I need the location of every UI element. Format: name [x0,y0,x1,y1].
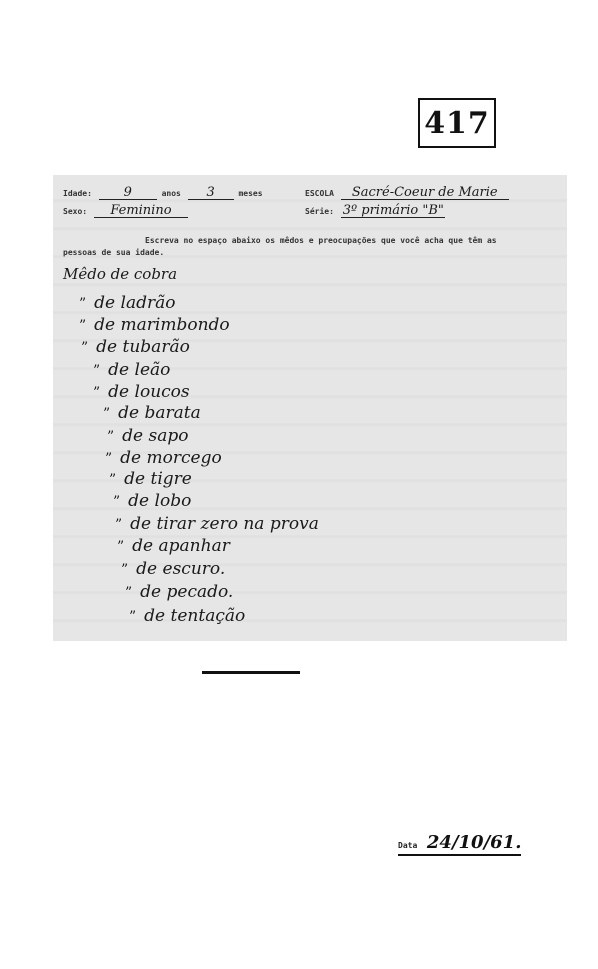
ditto-mark: ” [79,296,86,312]
answer-item: ”de morcego [105,448,222,468]
school-value: Sacré-Coeur de Marie [341,186,509,200]
ditto-mark: ” [109,472,116,488]
answer-text: de tigre [124,469,192,489]
scanned-questionnaire: Idade: 9 anos 3 meses Sexo: Feminino ESC… [53,175,567,641]
ditto-mark: ” [105,451,112,467]
answer-item: ”de tubarão [81,337,190,357]
ditto-mark: ” [81,340,88,356]
months-label: meses [238,189,262,198]
answer-item: ”de barata [103,403,201,423]
ditto-mark: ” [121,562,128,578]
ditto-mark: ” [79,318,86,334]
ditto-mark: ” [117,539,124,555]
answer-item: ”de pecado. [125,582,233,602]
age-years-value: 9 [99,186,157,200]
grade-field-row: Série: 3º primário "B" [305,204,445,218]
answer-text: de leão [108,360,170,380]
page-number: 417 [424,106,490,141]
date-stamp: Data 24/10/61. [398,832,521,856]
ditto-mark: ” [103,406,110,422]
ditto-mark: ” [107,429,114,445]
answer-text: de loucos [108,382,189,402]
answer-text: de ladrão [94,293,175,313]
school-field-row: ESCOLA Sacré-Coeur de Marie [305,186,509,200]
answer-item: ”de marimbondo [79,315,230,335]
answer-item: ”de lobo [113,491,191,511]
answer-text: de barata [118,403,201,423]
grade-label: Série: [305,207,334,216]
answer-item: ”de sapo [107,426,189,446]
date-value: 24/10/61. [427,832,522,853]
question-prompt: Escreva no espaço abaixo os mêdos e preo… [63,235,533,259]
ditto-mark: ” [129,609,136,625]
ditto-mark: ” [115,517,122,533]
sex-label: Sexo: [63,207,87,216]
answer-item: ”de loucos [93,382,190,402]
answer-text: de apanhar [132,536,230,556]
answer-text: de tentação [144,606,245,626]
answer-text: de tirar zero na prova [130,514,319,534]
sex-field-row: Sexo: Feminino [63,204,188,218]
answer-item: ”de ladrão [79,293,175,313]
answer-text: de lobo [128,491,191,511]
answer-item: ”de leão [93,360,170,380]
grade-value: 3º primário "B" [341,204,445,218]
school-label: ESCOLA [305,189,334,198]
answer-text: de escuro. [136,559,225,579]
age-months-value: 3 [188,186,234,200]
years-label: anos [162,189,181,198]
date-label: Data [398,841,417,850]
answer-text: de marimbondo [94,315,229,335]
answer-text: de morcego [120,448,222,468]
ditto-mark: ” [113,494,120,510]
ditto-mark: ” [93,385,100,401]
signature-line [202,671,300,674]
answer-text: de pecado. [140,582,233,602]
ditto-mark: ” [125,585,132,601]
answer-heading: Mêdo de cobra [63,265,177,283]
answer-item: ”de tentação [129,606,245,626]
answer-text: de tubarão [96,337,190,357]
page-number-box: 417 [418,98,496,148]
ditto-mark: ” [93,363,100,379]
answer-item: ”de tirar zero na prova [115,514,319,534]
age-label: Idade: [63,189,92,198]
answer-item: ”de apanhar [117,536,230,556]
age-field-row: Idade: 9 anos 3 meses [63,186,265,200]
sex-value: Feminino [94,204,188,218]
answer-item: ”de tigre [109,469,192,489]
answer-item: ”de escuro. [121,559,225,579]
answer-text: de sapo [122,426,188,446]
